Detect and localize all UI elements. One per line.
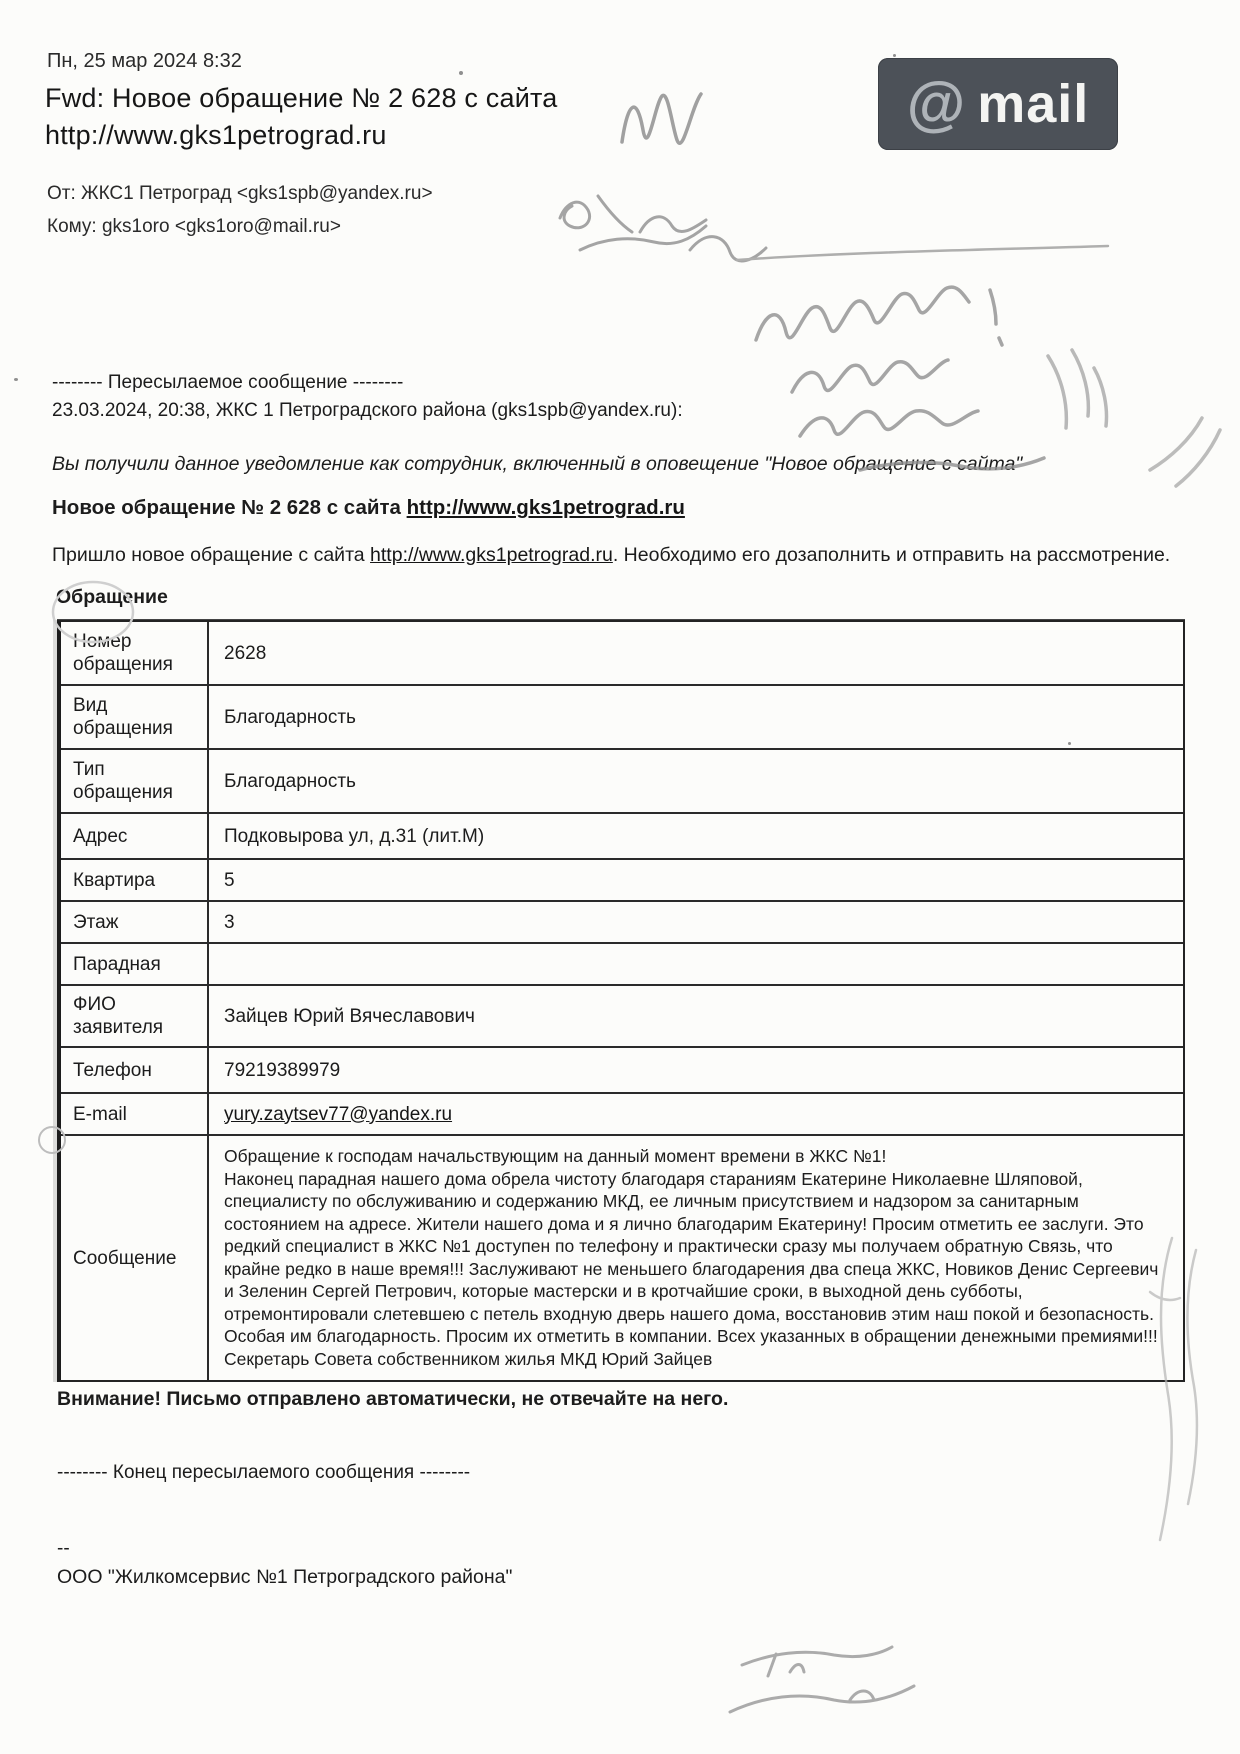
table-row-appeal-type: Тип обращения Благодарность [61,750,1183,814]
row-label: Этаж [61,902,209,942]
handwriting-ok-note [560,196,1108,261]
auto-reply-warning: Внимание! Письмо отправлено автоматическ… [57,1388,728,1411]
signature-separator: -- [57,1538,70,1560]
forwarded-subject-text: Новое обращение № 2 628 с сайта [52,496,407,519]
row-label: Телефон [61,1048,209,1092]
row-value: Благодарность [209,750,1183,812]
table-row-phone: Телефон 79219389979 [61,1048,1183,1094]
row-label: Парадная [61,944,209,984]
row-value: 3 [209,902,1183,942]
table-row-apartment: Квартира 5 [61,860,1183,902]
notification-notice: Вы получили данное уведомление как сотру… [52,453,1022,476]
email-date: Пн, 25 мар 2024 8:32 [47,50,242,73]
table-row-email: E-mail yury.zaytsev77@yandex.ru [61,1094,1183,1136]
from-line: От: ЖКС1 Петроград <gks1spb@yandex.ru> [47,183,433,205]
organization-signature: ООО "Жилкомсервис №1 Петроградского райо… [57,1566,512,1589]
row-label: E-mail [61,1094,209,1134]
row-value: Благодарность [209,686,1183,748]
scan-noise-dot [459,71,463,75]
at-sign-icon: @ [907,74,966,134]
row-label: Вид обращения [61,686,209,748]
row-value: 79219389979 [209,1048,1183,1092]
table-row-applicant-name: ФИО заявителя Зайцев Юрий Вячеславович [61,986,1183,1048]
forwarded-message-meta: 23.03.2024, 20:38, ЖКС 1 Петроградского … [52,400,683,422]
table-row-appeal-kind: Вид обращения Благодарность [61,686,1183,750]
table-row-message: Сообщение Обращение к господам начальств… [61,1136,1183,1380]
scan-noise-dot [14,378,18,381]
intro-text-suffix: . Необходимо его дозаполнить и отправить… [613,544,1170,566]
to-line: Кому: gks1oro <gks1oro@mail.ru> [47,216,341,238]
handwriting-bottom-date [730,1647,914,1712]
message-text: Обращение к господам начальствующим на д… [209,1136,1183,1380]
intro-paragraph: Пришло новое обращение с сайта http://ww… [52,544,1170,567]
row-label: Квартира [61,860,209,900]
appeal-table: Номер обращения 2628 Вид обращения Благо… [57,620,1185,1382]
mail-ru-logo: @ mail [878,58,1118,150]
table-row-address: Адрес Подковырова ул, д.31 (лит.М) [61,814,1183,860]
scan-noise-dot [1068,742,1071,745]
row-label: Номер обращения [61,622,209,684]
row-label: ФИО заявителя [61,986,209,1046]
row-label: Тип обращения [61,750,209,812]
forwarded-message-start: -------- Пересылаемое сообщение -------- [52,372,403,394]
row-value: Зайцев Юрий Вячеславович [209,986,1183,1046]
intro-text-prefix: Пришло новое обращение с сайта [52,544,370,566]
row-value: 2628 [209,622,1183,684]
mail-logo-text: mail [977,77,1089,131]
applicant-email-link[interactable]: yury.zaytsev77@yandex.ru [224,1103,452,1126]
site-link[interactable]: http://www.gks1petrograd.ru [370,544,613,566]
site-link[interactable]: http://www.gks1petrograd.ru [407,496,685,519]
row-label: Сообщение [61,1136,209,1380]
row-value: Подковырова ул, д.31 (лит.М) [209,814,1183,858]
table-row-appeal-number: Номер обращения 2628 [61,622,1183,686]
email-subject: Fwd: Новое обращение № 2 628 с сайта htt… [45,80,557,154]
table-row-floor: Этаж 3 [61,902,1183,944]
table-title: Обращение [56,586,168,609]
handwriting-scribble-w [622,94,701,143]
scan-noise-dot [893,54,896,57]
forwarded-subject: Новое обращение № 2 628 с сайта http://w… [52,496,685,520]
row-value [209,944,1183,984]
table-row-entrance: Парадная [61,944,1183,986]
row-label: Адрес [61,814,209,858]
forwarded-message-end: -------- Конец пересылаемого сообщения -… [57,1462,470,1484]
row-value: 5 [209,860,1183,900]
